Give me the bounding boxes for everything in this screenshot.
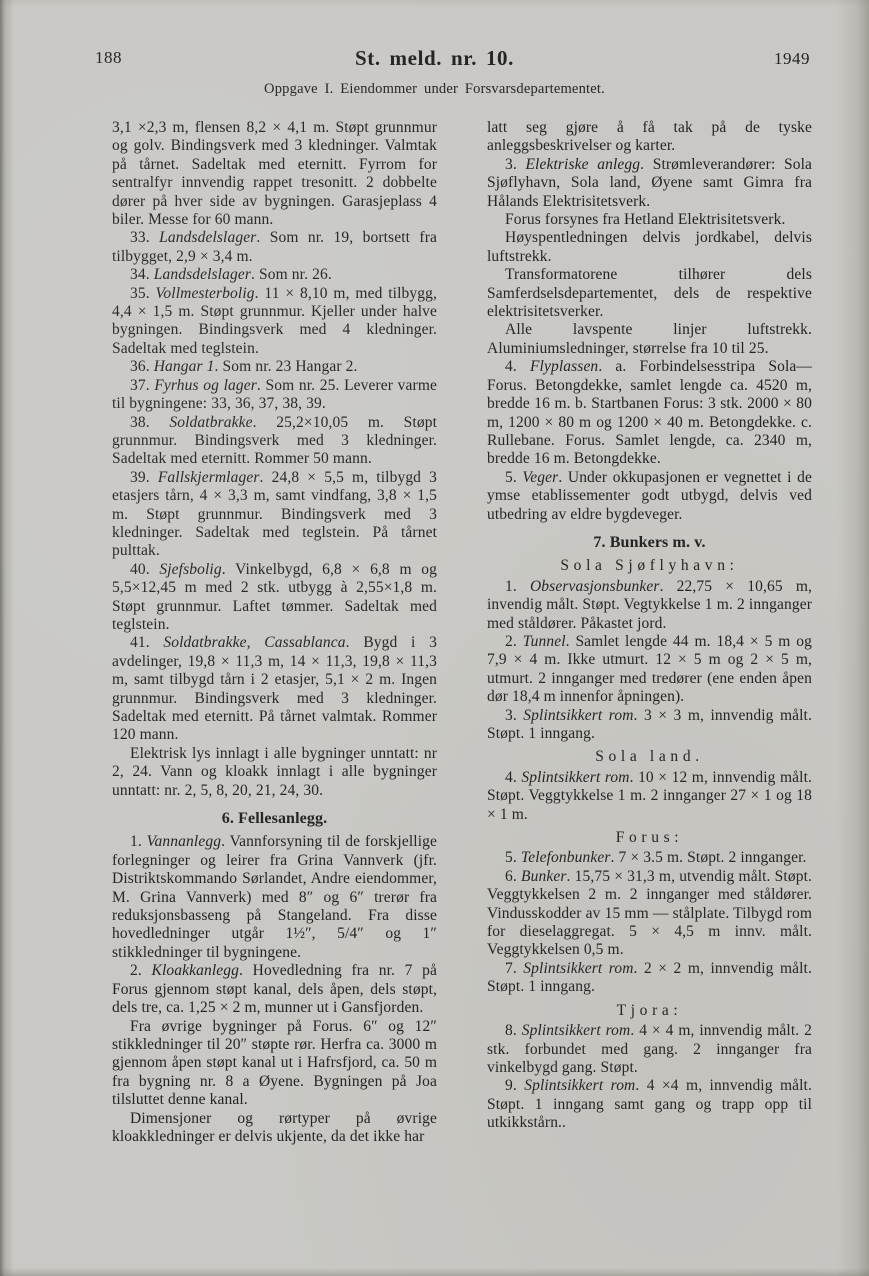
text-run: 5. xyxy=(505,469,522,486)
paragraph: Elektrisk lys innlagt i alle bygninger u… xyxy=(112,745,437,800)
text-run: 9. xyxy=(505,1077,524,1094)
item-title: Fyrhus og lager xyxy=(154,377,257,394)
text-run: 37. xyxy=(130,377,154,394)
item-title: Splintsikkert rom xyxy=(524,1077,635,1094)
paragraph: 35. Vollmesterbolig. 11 × 8,10 m, med ti… xyxy=(112,285,437,359)
paragraph: 2. Kloakkanlegg. Hovedledning fra nr. 7 … xyxy=(112,962,437,1017)
paragraph: 3,1 ×2,3 m, flensen 8,2 × 4,1 m. Støpt g… xyxy=(112,119,437,229)
paragraph: Alle lavspente linjer luftstrekk. Alumin… xyxy=(487,321,812,358)
paragraph: 36. Hangar 1. Som nr. 23 Hangar 2. xyxy=(112,358,437,376)
document-subtitle: Oppgave I. Eiendommer under Forsvarsdepa… xyxy=(0,81,869,98)
text-run: 4. xyxy=(505,769,521,786)
paragraph: 39. Fallskjermlager. 24,8 × 5,5 m, tilby… xyxy=(112,469,437,561)
paragraph: 4. Flyplassen. a. Forbindelsesstripa Sol… xyxy=(487,358,812,468)
item-title: Landsdelslager xyxy=(159,229,256,246)
location-subheading: Sola Sjøflyhavn: xyxy=(487,557,812,575)
paragraph: 41. Soldatbrakke, Cassablanca. Bygd i 3 … xyxy=(112,634,437,744)
text-run: 3. xyxy=(505,156,525,173)
paragraph: 5. Veger. Under okkupasjonen er vegnette… xyxy=(487,469,812,524)
paragraph: 37. Fyrhus og lager. Som nr. 25. Leverer… xyxy=(112,377,437,414)
paragraph: 5. Telefonbunker. 7 × 3.5 m. Støpt. 2 in… xyxy=(487,849,812,867)
text-columns: 3,1 ×2,3 m, flensen 8,2 × 4,1 m. Støpt g… xyxy=(112,119,812,1146)
text-run: Alle lavspente linjer luftstrekk. Alumin… xyxy=(487,321,812,356)
item-title: Splintsikkert rom xyxy=(522,1022,631,1039)
item-title: Splintsikkert rom xyxy=(521,769,629,786)
paragraph: 33. Landsdelslager. Som nr. 19, bortsett… xyxy=(112,229,437,266)
item-title: Splintsikkert rom xyxy=(523,960,633,977)
item-title: Fallskjermlager xyxy=(158,469,260,486)
text-run: Dimensjoner og rørtyper på øvrige kloakk… xyxy=(112,1110,437,1145)
item-title: Telefonbunker xyxy=(521,849,611,866)
item-title: Tunnel xyxy=(523,633,566,650)
text-run: 2. xyxy=(130,962,152,979)
paragraph: 6. Bunker. 15,75 × 31,3 m, utvendig målt… xyxy=(487,868,812,960)
text-run: 33. xyxy=(130,229,159,246)
text-run: 36. xyxy=(130,358,154,375)
location-subheading: Forus: xyxy=(487,829,812,847)
document-title: St. meld. nr. 10. xyxy=(0,46,869,71)
text-run: . Vannforsyning til de forskjellige forl… xyxy=(112,833,437,960)
page-number: 188 xyxy=(95,48,122,68)
text-run: 41. xyxy=(130,634,163,651)
item-title: Veger xyxy=(522,469,558,486)
text-run: 3,1 ×2,3 m, flensen 8,2 × 4,1 m. Støpt g… xyxy=(112,119,437,228)
item-title: Kloakkanlegg xyxy=(152,962,240,979)
text-run: 40. xyxy=(130,561,159,578)
text-run: Forus forsynes fra Hetland Elektrisitets… xyxy=(505,211,785,228)
paragraph: 7. Splintsikkert rom. 2 × 2 m, innvendig… xyxy=(487,960,812,997)
left-column: 3,1 ×2,3 m, flensen 8,2 × 4,1 m. Støpt g… xyxy=(112,119,437,1146)
paragraph: Fra øvrige bygninger på Forus. 6″ og 12″… xyxy=(112,1018,437,1110)
item-title: Sjefsbolig xyxy=(159,561,221,578)
text-run: . 7 × 3.5 m. Støpt. 2 innganger. xyxy=(611,849,807,866)
paragraph: Høyspentledningen delvis jordkabel, delv… xyxy=(487,229,812,266)
item-title: Soldatbrakke xyxy=(169,414,252,431)
document-page: 188 St. meld. nr. 10. 1949 Oppgave I. Ei… xyxy=(0,0,869,1276)
paragraph: 8. Splintsikkert rom. 4 × 4 m, innvendig… xyxy=(487,1022,812,1077)
text-run: 38. xyxy=(130,414,169,431)
text-run: 2. xyxy=(505,633,523,650)
paragraph: Transformatorene tilhører dels Samferdse… xyxy=(487,266,812,321)
paragraph: 4. Splintsikkert rom. 10 × 12 m, innvend… xyxy=(487,769,812,824)
right-column: latt seg gjøre å få tak på de tyske anle… xyxy=(487,119,812,1146)
text-run: latt seg gjøre å få tak på de tyske anle… xyxy=(487,119,812,154)
paragraph: 34. Landsdelslager. Som nr. 26. xyxy=(112,266,437,284)
paragraph: 1. Vannanlegg. Vannforsyning til de fors… xyxy=(112,833,437,962)
section-heading: 7. Bunkers m. v. xyxy=(487,534,812,552)
text-run: 5. xyxy=(505,849,521,866)
paragraph: 3. Splintsikkert rom. 3 × 3 m, innvendig… xyxy=(487,707,812,744)
text-run: 4. xyxy=(505,358,530,375)
location-subheading: Tjora: xyxy=(487,1002,812,1020)
text-run: 34. xyxy=(130,266,154,283)
section-heading: 6. Fellesanlegg. xyxy=(112,810,437,828)
location-subheading: Sola land. xyxy=(487,748,812,766)
paragraph: Forus forsynes fra Hetland Elektrisitets… xyxy=(487,211,812,229)
item-title: Vannanlegg xyxy=(147,833,221,850)
text-run: 7. xyxy=(505,960,523,977)
text-run: 39. xyxy=(130,469,158,486)
item-title: Vollmesterbolig xyxy=(156,285,255,302)
paragraph: 38. Soldatbrakke. 25,2×10,05 m. Støpt gr… xyxy=(112,414,437,469)
item-title: Splintsikkert rom xyxy=(523,707,633,724)
text-run: Elektrisk lys innlagt i alle bygninger u… xyxy=(112,745,437,799)
paragraph: 3. Elektriske anlegg. Strømleverandører:… xyxy=(487,156,812,211)
paragraph: 2. Tunnel. Samlet lengde 44 m. 18,4 × 5 … xyxy=(487,633,812,707)
item-title: Observasjonsbunker xyxy=(530,578,660,595)
year-label: 1949 xyxy=(774,49,810,69)
text-run: 35. xyxy=(130,285,156,302)
paragraph: 1. Observasjonsbunker. 22,75 × 10,65 m, … xyxy=(487,578,812,633)
text-run: Høyspentledningen delvis jordkabel, delv… xyxy=(487,229,812,264)
item-title: Bunker xyxy=(521,868,566,885)
text-run: 8. xyxy=(505,1022,522,1039)
item-title: Elektriske anlegg xyxy=(525,156,640,173)
text-run: . Som nr. 26. xyxy=(251,266,332,283)
item-title: Hangar 1 xyxy=(154,358,215,375)
text-run: 3. xyxy=(505,707,523,724)
text-run: 1. xyxy=(130,833,147,850)
text-run: . Som nr. 23 Hangar 2. xyxy=(215,358,358,375)
page-header: 188 St. meld. nr. 10. 1949 xyxy=(0,46,869,72)
paragraph: Dimensjoner og rørtyper på øvrige kloakk… xyxy=(112,1110,437,1147)
text-run: 1. xyxy=(505,578,530,595)
paragraph: latt seg gjøre å få tak på de tyske anle… xyxy=(487,119,812,156)
paragraph: 40. Sjefsbolig. Vinkelbygd, 6,8 × 6,8 m … xyxy=(112,561,437,635)
item-title: Soldatbrakke, Cassablanca xyxy=(163,634,345,651)
text-run: Transformatorene tilhører dels Samferdse… xyxy=(487,266,812,320)
text-run: 6. xyxy=(505,868,521,885)
paragraph: 9. Splintsikkert rom. 4 ×4 m, innvendig … xyxy=(487,1077,812,1132)
text-run: Fra øvrige bygninger på Forus. 6″ og 12″… xyxy=(112,1018,437,1109)
item-title: Landsdelslager xyxy=(154,266,251,283)
item-title: Flyplassen xyxy=(530,358,598,375)
